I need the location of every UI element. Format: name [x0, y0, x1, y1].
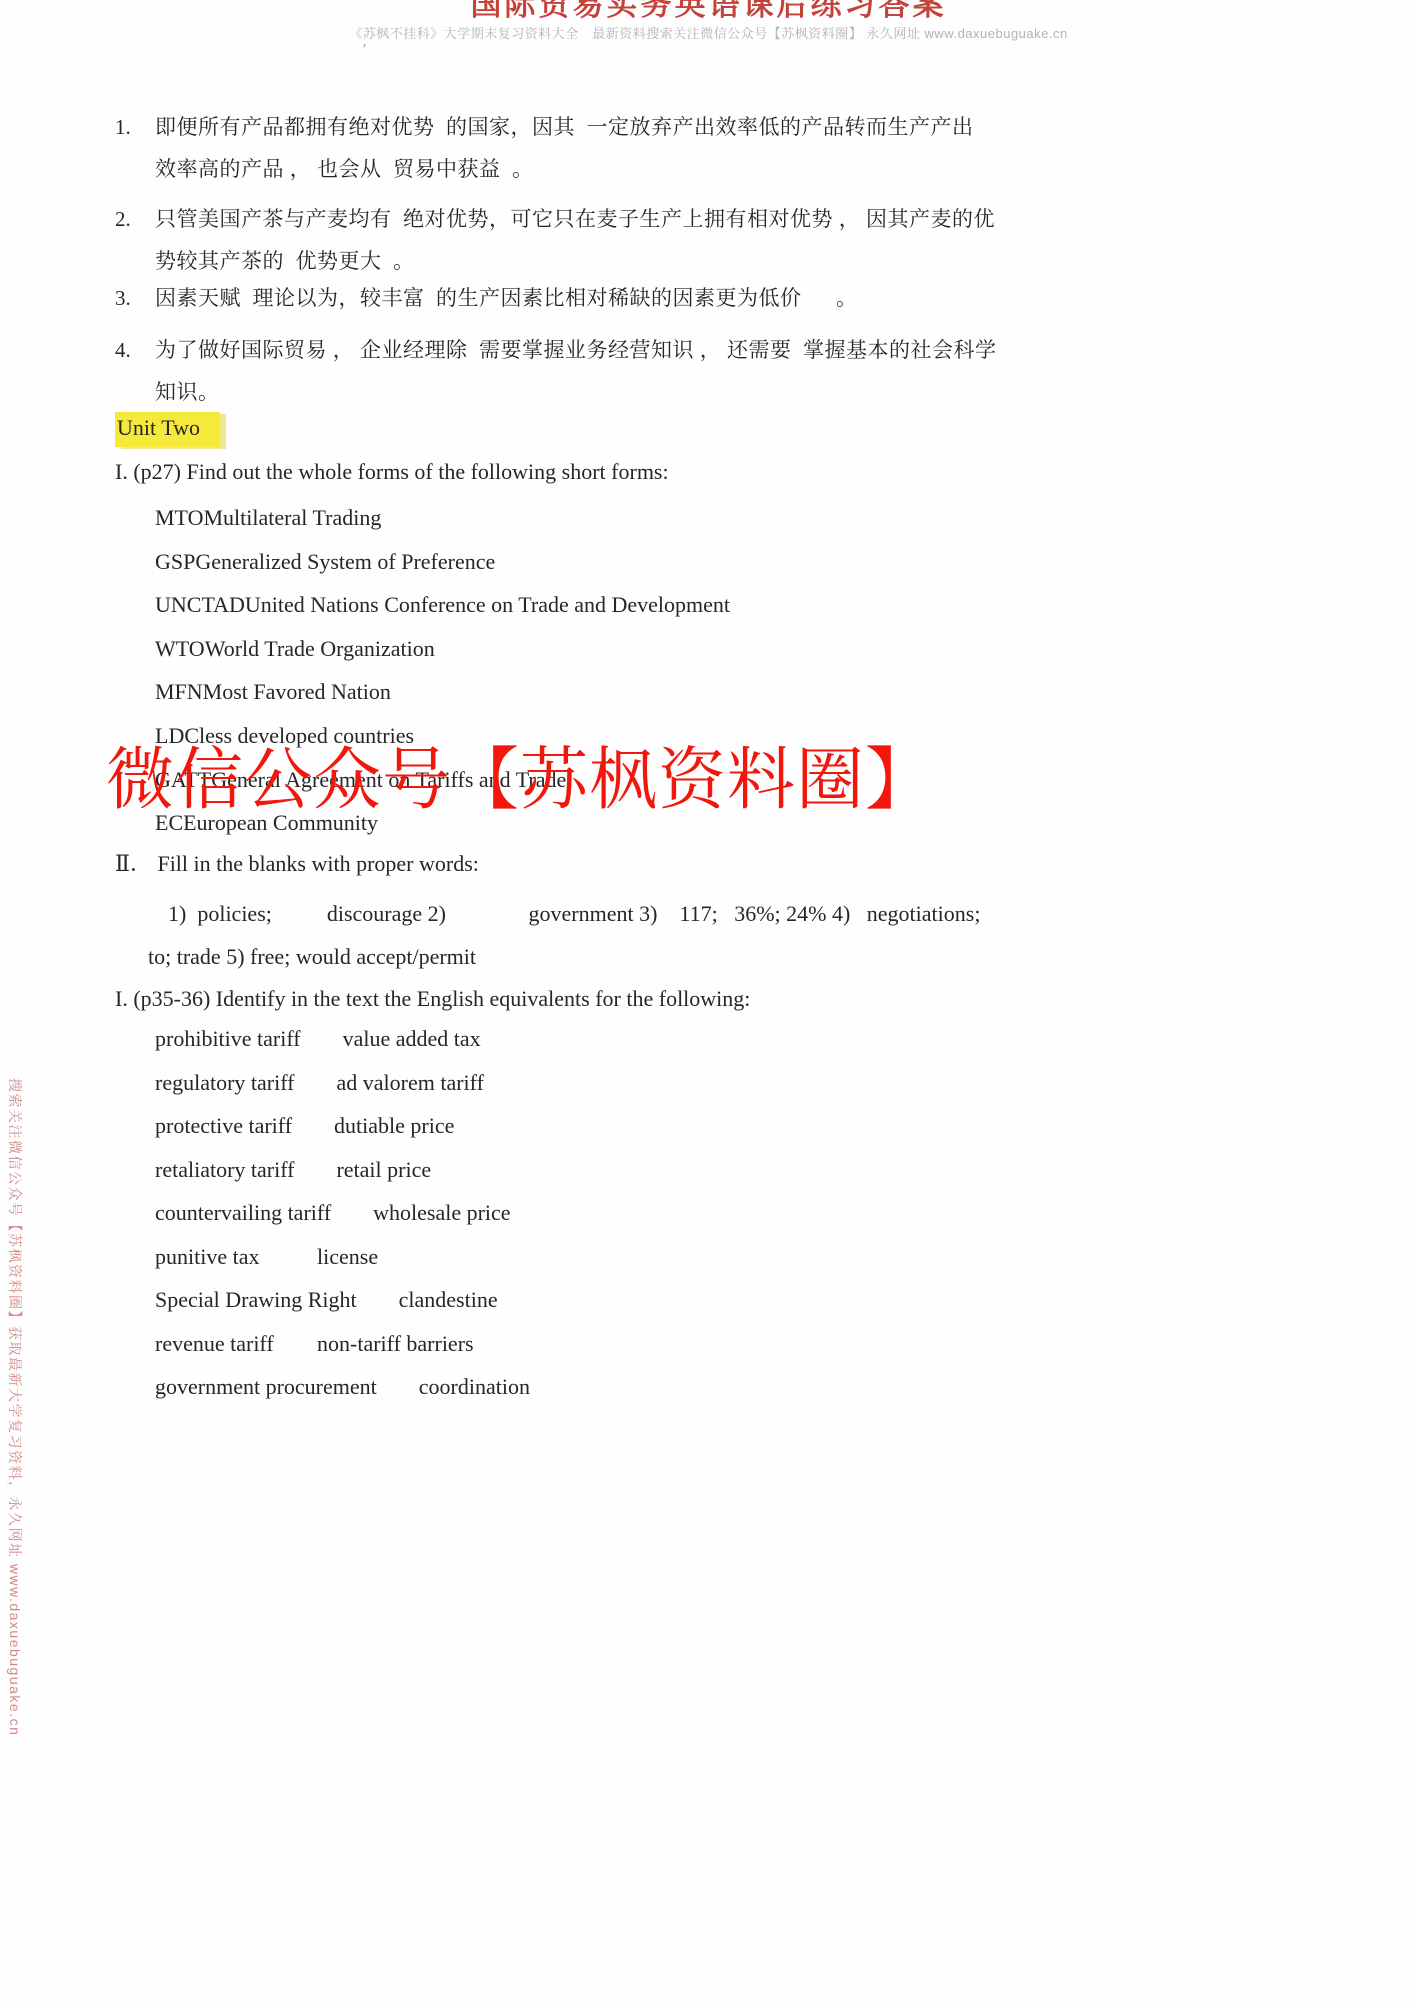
numbered-item: 4. 为了做好国际贸易 ， 企业经理除 需要掌握业务经营知识 ， 还需要 掌握基… [115, 329, 997, 413]
numbered-item: 3. 因素天赋 理论以为，较丰富 的生产因素比相对稀缺的因素更为低价 。 [115, 277, 858, 319]
term-label: punitive tax [155, 1246, 275, 1268]
term-pair-row: countervailing tariffwholesale price [155, 1202, 530, 1224]
term-pair-row: retaliatory tariffretail price [155, 1159, 530, 1181]
item-line: 只管美国产茶与产麦均有 绝对优势，可它只在麦子生产上拥有相对优势 ， 因其产麦的… [155, 198, 995, 240]
item-number: 1. [115, 106, 155, 190]
term-pair-row: protective tariffdutiable price [155, 1115, 530, 1137]
term-label: regulatory tariff [155, 1072, 294, 1094]
term-pair-row: revenue tariffnon-tariff barriers [155, 1333, 530, 1355]
term-pair-row: government procurementcoordination [155, 1376, 530, 1398]
equivalent-label: ad valorem tariff [294, 1070, 483, 1095]
equivalent-label: clandestine [357, 1287, 498, 1312]
header-tagline: 《苏枫不挂科》大学期末复习资料大全 最新资料搜索关注微信公众号【苏枫资料圈】 永… [0, 23, 1417, 42]
term-pair-list: prohibitive tariffvalue added tax regula… [155, 1028, 530, 1420]
item-line: 即便所有产品都拥有绝对优势 的国家，因其 一定放弃产出效率低的产品转而生产产出 [155, 106, 974, 148]
equivalent-label: dutiable price [292, 1113, 454, 1138]
item-line: 因素天赋 理论以为，较丰富 的生产因素比相对稀缺的因素更为低价 。 [155, 277, 858, 319]
equivalent-label: wholesale price [331, 1200, 510, 1225]
term-label: revenue tariff [155, 1333, 275, 1355]
item-line: 知识。 [155, 371, 997, 413]
equivalent-label: value added tax [301, 1026, 481, 1051]
item-number: 4. [115, 329, 155, 413]
answers-line: to; trade 5) free; would accept/permit [148, 943, 476, 971]
abbreviation-line: MFNMost Favored Nation [155, 670, 730, 714]
abbreviation-line: UNCTADUnited Nations Conference on Trade… [155, 583, 730, 627]
term-pair-row: Special Drawing Rightclandestine [155, 1289, 530, 1311]
term-pair-row: punitive taxlicense [155, 1246, 530, 1268]
term-label: protective tariff [155, 1115, 292, 1137]
equivalent-label: retail price [294, 1157, 431, 1182]
section-heading-short-forms: I. (p27) Find out the whole forms of the… [115, 458, 669, 486]
abbreviation-line: GSPGeneralized System of Preference [155, 540, 730, 584]
item-line: 为了做好国际贸易 ， 企业经理除 需要掌握业务经营知识 ， 还需要 掌握基本的社… [155, 329, 997, 371]
term-pair-row: regulatory tariffad valorem tariff [155, 1072, 530, 1094]
item-line: 效率高的产品 ， 也会从 贸易中获益 。 [155, 148, 974, 190]
section-heading-equivalents: I. (p35-36) Identify in the text the Eng… [115, 985, 750, 1013]
page-title: 国际贸易实务英语课后练习答案 [0, 0, 1417, 24]
answers-line: 1) policies; discourage 2) government 3)… [168, 900, 980, 928]
center-watermark: 微信公众号【苏枫资料圈】 [106, 726, 934, 823]
term-label: prohibitive tariff [155, 1028, 301, 1050]
numbered-item: 2. 只管美国产茶与产麦均有 绝对优势，可它只在麦子生产上拥有相对优势 ， 因其… [115, 198, 995, 282]
unit-heading: Unit Two [115, 412, 220, 447]
term-pair-row: prohibitive tariffvalue added tax [155, 1028, 530, 1050]
item-number: 3. [115, 277, 155, 319]
equivalent-label: license [275, 1244, 378, 1269]
equivalent-label: non-tariff barriers [275, 1331, 474, 1356]
document-page: 国际贸易实务英语课后练习答案 《苏枫不挂科》大学期末复习资料大全 最新资料搜索关… [0, 0, 1417, 2004]
term-label: retaliatory tariff [155, 1159, 294, 1181]
numbered-item: 1. 即便所有产品都拥有绝对优势 的国家，因其 一定放弃产出效率低的产品转而生产… [115, 106, 974, 190]
stray-mark: ’ [362, 42, 367, 58]
side-watermark: 搜索关注微信公众号【苏枫资料圈】获取最新大学复习资料，永久网址 www.daxu… [5, 1078, 25, 1736]
term-label: Special Drawing Right [155, 1289, 357, 1311]
term-label: countervailing tariff [155, 1202, 331, 1224]
section-heading-blanks: Ⅱ． Fill in the blanks with proper words: [115, 850, 479, 878]
term-label: government procurement [155, 1376, 377, 1398]
equivalent-label: coordination [377, 1374, 530, 1399]
abbreviation-line: MTOMultilateral Trading [155, 496, 730, 540]
abbreviation-line: WTOWorld Trade Organization [155, 627, 730, 671]
item-line: 势较其产茶的 优势更大 。 [155, 240, 995, 282]
item-number: 2. [115, 198, 155, 282]
